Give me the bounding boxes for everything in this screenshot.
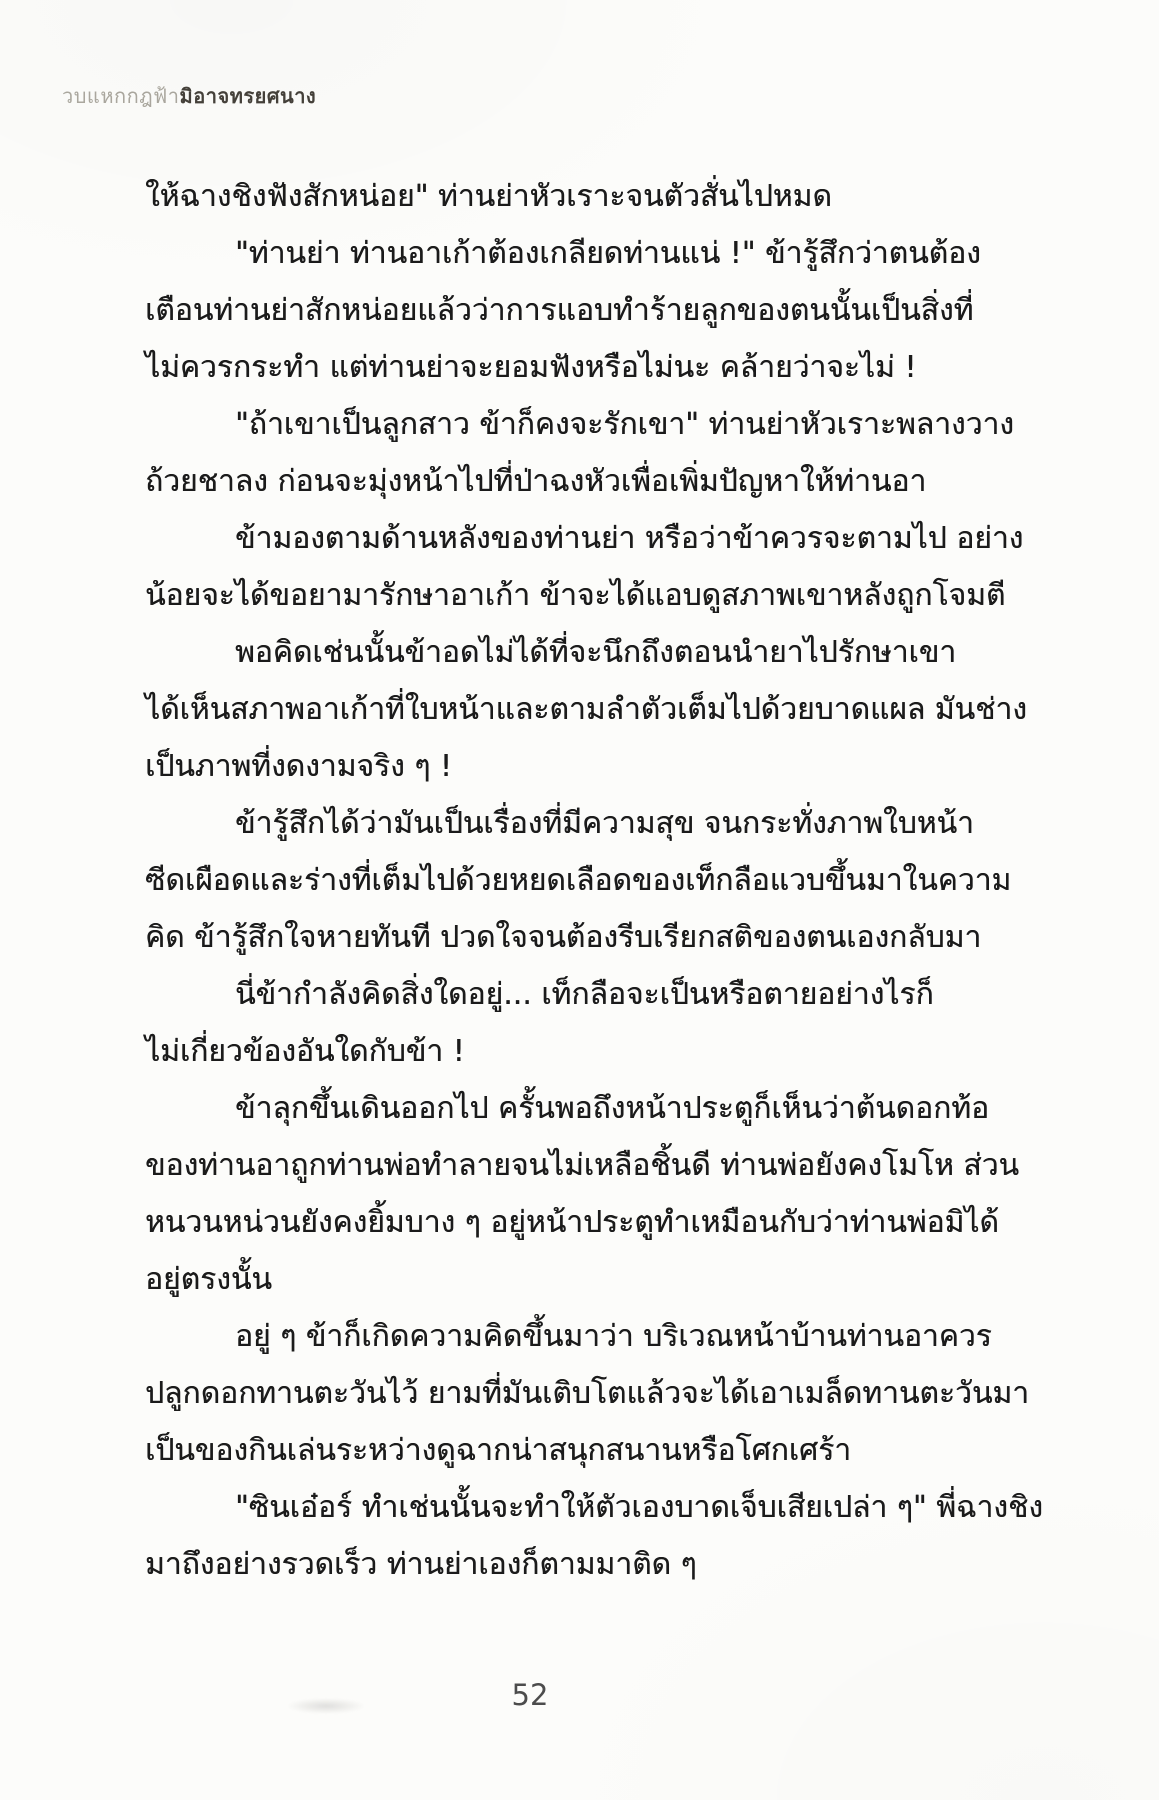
text-line: "ซินเอ๋อร์ ทำเช่นนั้นจะทำให้ตัวเองบาดเจ็… <box>145 1479 1025 1536</box>
text-line: "ถ้าเขาเป็นลูกสาว ข้าก็คงจะรักเขา" ท่านย… <box>145 396 1025 453</box>
text-line: นี่ข้ากำลังคิดสิ่งใดอยู่... เท็กลือจะเป็… <box>145 966 1025 1023</box>
text-line: ปลูกดอกทานตะวันไว้ ยามที่มันเติบโตแล้วจะ… <box>145 1365 1025 1422</box>
scan-smudge <box>286 1698 366 1714</box>
text-line: ให้ฉางชิงฟังสักหน่อย" ท่านย่าหัวเราะจนตั… <box>145 168 1025 225</box>
text-line: คิด ข้ารู้สึกใจหายทันที ปวดใจจนต้องรีบเร… <box>145 909 1025 966</box>
running-header: วบแหกกฎฟ้ามิอาจทรยศนาง <box>62 80 316 112</box>
running-header-series: วบแหกกฎฟ้า <box>62 84 180 108</box>
text-line: อยู่ตรงนั้น <box>145 1251 1025 1308</box>
text-line: ข้ารู้สึกได้ว่ามันเป็นเรื่องที่มีความสุข… <box>145 795 1025 852</box>
text-line: ซีดเผือดและร่างที่เต็มไปด้วยหยดเลือดของเ… <box>145 852 1025 909</box>
text-line: อยู่ ๆ ข้าก็เกิดความคิดขึ้นมาว่า บริเวณห… <box>145 1308 1025 1365</box>
text-line: "ท่านย่า ท่านอาเก้าต้องเกลียดท่านแน่ !" … <box>145 225 1025 282</box>
text-line: ได้เห็นสภาพอาเก้าที่ใบหน้าและตามลำตัวเต็… <box>145 681 1025 738</box>
text-line: ข้าลุกขึ้นเดินออกไป ครั้นพอถึงหน้าประตูก… <box>145 1080 1025 1137</box>
text-line: เป็นภาพที่งดงามจริง ๆ ! <box>145 738 1025 795</box>
text-line: ของท่านอาถูกท่านพ่อทำลายจนไม่เหลือชิ้นดี… <box>145 1137 1025 1194</box>
text-line: พอคิดเช่นนั้นข้าอดไม่ได้ที่จะนึกถึงตอนนำ… <box>145 624 1025 681</box>
running-header-title: มิอาจทรยศนาง <box>180 84 317 108</box>
text-line: ไม่ควรกระทำ แต่ท่านย่าจะยอมฟังหรือไม่นะ … <box>145 339 1025 396</box>
text-line: เป็นของกินเล่นระหว่างดูฉากน่าสนุกสนานหรื… <box>145 1422 1025 1479</box>
book-page: วบแหกกฎฟ้ามิอาจทรยศนาง ให้ฉางชิงฟังสักหน… <box>0 0 1159 1800</box>
body-text: ให้ฉางชิงฟังสักหน่อย" ท่านย่าหัวเราะจนตั… <box>145 168 1025 1593</box>
text-line: เตือนท่านย่าสักหน่อยแล้วว่าการแอบทำร้ายล… <box>145 282 1025 339</box>
text-line: ข้ามองตามด้านหลังของท่านย่า หรือว่าข้าคว… <box>145 510 1025 567</box>
page-number: 52 <box>470 1678 590 1712</box>
text-line: หนวนหน่วนยังคงยิ้มบาง ๆ อยู่หน้าประตูทำเ… <box>145 1194 1025 1251</box>
text-line: มาถึงอย่างรวดเร็ว ท่านย่าเองก็ตามมาติด ๆ <box>145 1536 1025 1593</box>
text-line: ถ้วยชาลง ก่อนจะมุ่งหน้าไปที่ป่าฉงหัวเพื่… <box>145 453 1025 510</box>
text-line: น้อยจะได้ขอยามารักษาอาเก้า ข้าจะได้แอบดู… <box>145 567 1025 624</box>
text-line: ไม่เกี่ยวข้องอันใดกับข้า ! <box>145 1023 1025 1080</box>
